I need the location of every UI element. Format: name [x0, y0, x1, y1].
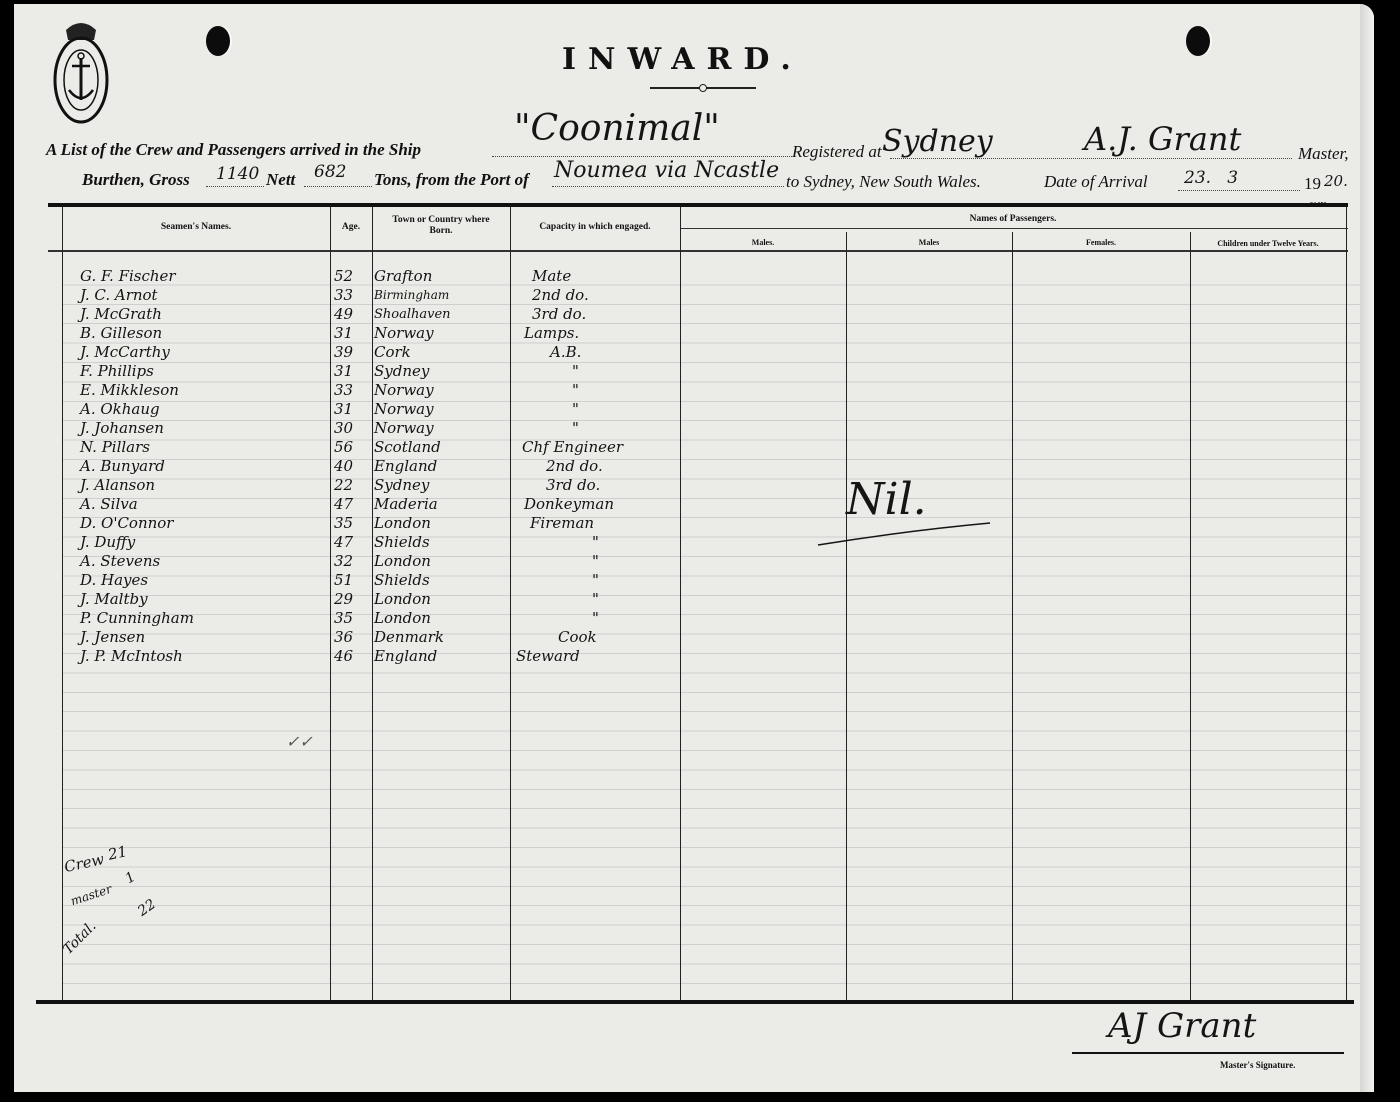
date-of-arrival-label: Date of Arrival	[1044, 172, 1148, 192]
crew-born: Shoalhaven	[374, 305, 451, 324]
crew-capacity: Steward	[516, 647, 580, 666]
crew-name: P. Cunningham	[80, 609, 194, 628]
crew-age: 29	[334, 590, 353, 609]
crew-age: 56	[334, 438, 353, 457]
table-row: A. Silva 47 Maderia Donkeyman	[62, 495, 1362, 514]
crew-born: Grafton	[374, 267, 432, 286]
crew-capacity: 2nd do.	[546, 457, 603, 476]
crew-age: 33	[334, 381, 353, 400]
crew-name: G. F. Fischer	[80, 267, 176, 286]
crew-name: A. Silva	[80, 495, 138, 514]
crew-born: Sydney	[374, 362, 429, 381]
master-name-field: A.J. Grant	[1084, 120, 1241, 158]
crew-capacity: Cook	[558, 628, 597, 647]
table-row: N. Pillars 56 Scotland Chf Engineer	[62, 438, 1362, 457]
crew-age: 22	[334, 476, 353, 495]
table-row: J. Maltby 29 London "	[62, 590, 1362, 609]
crew-capacity: 3rd do.	[532, 305, 586, 324]
nil-underline-stroke	[814, 509, 994, 549]
crew-age: 31	[334, 362, 353, 381]
crew-name: D. O'Connor	[80, 514, 173, 533]
signature-line	[1072, 1052, 1344, 1054]
destination-label: to Sydney, New South Wales.	[786, 172, 981, 192]
crew-capacity: "	[592, 590, 599, 609]
crew-capacity: "	[592, 609, 599, 628]
title-ornament	[650, 87, 756, 89]
nett-tons-field: 682	[314, 162, 346, 182]
table-top-border	[48, 203, 1348, 207]
crew-name: B. Gilleson	[80, 324, 162, 343]
header-age: Age.	[330, 222, 372, 233]
crew-born: Shields	[374, 533, 430, 552]
ship-name-field: "Coonimal"	[514, 108, 720, 149]
crew-born: Birmingham	[374, 286, 449, 305]
crew-age: 35	[334, 609, 353, 628]
header-names-of-passengers: Names of Passengers.	[680, 214, 1346, 225]
crew-name: A. Bunyard	[80, 457, 165, 476]
page-title: INWARD.	[562, 42, 803, 77]
crew-born: Maderia	[374, 495, 438, 514]
crew-born: England	[374, 457, 437, 476]
crew-capacity: "	[572, 362, 579, 381]
arrival-year-field: 20.	[1324, 172, 1348, 190]
crew-name: D. Hayes	[80, 571, 148, 590]
crew-name: J. C. Arnot	[80, 286, 158, 305]
table-row: E. Mikkleson 33 Norway "	[62, 381, 1362, 400]
crew-name: J. P. McIntosh	[80, 647, 183, 666]
table-row: A. Stevens 32 London "	[62, 552, 1362, 571]
crew-name: J. Alanson	[80, 476, 155, 495]
registered-at-label: Registered at	[792, 142, 882, 162]
tons-from-label: Tons, from the Port of	[374, 170, 529, 190]
table-row: A. Okhaug 31 Norway "	[62, 400, 1362, 419]
crew-born: London	[374, 552, 431, 571]
table-row: J. Jensen 36 Denmark Cook	[62, 628, 1362, 647]
year-prefix: 19	[1304, 174, 1321, 194]
crew-name: A. Okhaug	[80, 400, 160, 419]
port-from-dots	[552, 186, 784, 187]
crew-name: J. Jensen	[80, 628, 145, 647]
nett-label: Nett	[266, 170, 295, 190]
punch-hole-left	[206, 26, 230, 56]
table-row: J. Alanson 22 Sydney 3rd do.	[62, 476, 1362, 495]
table-row: G. F. Fischer 52 Grafton Mate	[62, 267, 1362, 286]
crew-born: Norway	[374, 381, 434, 400]
crew-capacity: Donkeyman	[524, 495, 614, 514]
table-row: J. C. Arnot 33 Birmingham 2nd do.	[62, 286, 1362, 305]
crew-name: J. Johansen	[80, 419, 164, 438]
crew-age: 31	[334, 400, 353, 419]
crew-age: 40	[334, 457, 353, 476]
crew-age: 30	[334, 419, 353, 438]
crew-name: J. Duffy	[80, 533, 135, 552]
table-bottom-border	[36, 1000, 1354, 1004]
crew-born: England	[374, 647, 437, 666]
master-signature-label: Master's Signature.	[1220, 1060, 1295, 1070]
crew-born: London	[374, 590, 431, 609]
table-row: J. Johansen 30 Norway "	[62, 419, 1362, 438]
crew-capacity: "	[592, 533, 599, 552]
crew-age: 46	[334, 647, 353, 666]
arrival-dots	[1178, 190, 1300, 191]
crew-capacity: 3rd do.	[546, 476, 600, 495]
table-row: J. McGrath 49 Shoalhaven 3rd do.	[62, 305, 1362, 324]
ship-name-dots	[492, 156, 792, 157]
crew-age: 47	[334, 495, 353, 514]
crew-born: Shields	[374, 571, 430, 590]
header-children: Children under Twelve Years.	[1190, 238, 1346, 249]
arrival-date-field: 23. 3	[1184, 168, 1238, 188]
table-row: A. Bunyard 40 England 2nd do.	[62, 457, 1362, 476]
table-row: D. O'Connor 35 London Fireman	[62, 514, 1362, 533]
crew-name: F. Phillips	[80, 362, 154, 381]
crew-capacity: "	[572, 419, 579, 438]
header-males-1: Males.	[680, 237, 846, 248]
crew-born: Cork	[374, 343, 411, 362]
header-females: Females.	[1012, 237, 1190, 248]
crew-name: A. Stevens	[80, 552, 160, 571]
nett-dots	[304, 186, 372, 187]
table-row: B. Gilleson 31 Norway Lamps.	[62, 324, 1362, 343]
crew-capacity: "	[572, 381, 579, 400]
table-row: J. Duffy 47 Shields "	[62, 533, 1362, 552]
burthen-label: Burthen, Gross	[82, 170, 190, 190]
shipping-master-seal-icon	[52, 14, 110, 126]
crew-age: 49	[334, 305, 353, 324]
crew-age: 36	[334, 628, 353, 647]
crew-capacity: Mate	[532, 267, 571, 286]
crew-name: J. McCarthy	[80, 343, 170, 362]
passenger-group-divider	[680, 228, 1348, 229]
crew-capacity: "	[592, 571, 599, 590]
crew-born: Norway	[374, 324, 434, 343]
document-sheet: INWARD. A List of the Crew and Passenger…	[14, 4, 1374, 1092]
crew-capacity: "	[572, 400, 579, 419]
crew-age: 35	[334, 514, 353, 533]
crew-born: Norway	[374, 400, 434, 419]
crew-capacity: "	[592, 552, 599, 571]
table-row: J. McCarthy 39 Cork A.B.	[62, 343, 1362, 362]
header-bottom-border	[48, 250, 1348, 252]
ship-list-label: A List of the Crew and Passengers arrive…	[46, 140, 421, 160]
crew-born: Scotland	[374, 438, 441, 457]
crew-table-body: G. F. Fischer 52 Grafton Mate J. C. Arno…	[62, 267, 1352, 707]
header-seamens-names: Seamen's Names.	[62, 222, 330, 233]
crew-capacity: Chf Engineer	[522, 438, 623, 457]
crew-capacity: Fireman	[530, 514, 594, 533]
crew-born: Norway	[374, 419, 434, 438]
crew-name: E. Mikkleson	[80, 381, 179, 400]
check-mark-icon: ✓✓	[286, 732, 313, 751]
crew-name: N. Pillars	[80, 438, 150, 457]
port-from-field: Noumea via Ncastle	[554, 158, 779, 183]
crew-capacity: 2nd do.	[532, 286, 589, 305]
crew-capacity: Lamps.	[524, 324, 579, 343]
crew-born: London	[374, 514, 431, 533]
crew-age: 52	[334, 267, 353, 286]
table-row: D. Hayes 51 Shields "	[62, 571, 1362, 590]
crew-age: 31	[334, 324, 353, 343]
crew-name: J. Maltby	[80, 590, 148, 609]
crew-capacity: A.B.	[550, 343, 581, 362]
gross-dots	[206, 186, 264, 187]
crew-born: Sydney	[374, 476, 429, 495]
master-label: Master,	[1298, 144, 1349, 164]
crew-born: London	[374, 609, 431, 628]
crew-name: J. McGrath	[80, 305, 162, 324]
punch-hole-right	[1186, 26, 1210, 56]
header-capacity: Capacity in which engaged.	[510, 222, 680, 233]
table-row: F. Phillips 31 Sydney "	[62, 362, 1362, 381]
gross-tons-field: 1140	[216, 164, 259, 184]
crew-born: Denmark	[374, 628, 444, 647]
table-row: P. Cunningham 35 London "	[62, 609, 1362, 628]
crew-age: 39	[334, 343, 353, 362]
crew-age: 47	[334, 533, 353, 552]
registered-at-field: Sydney	[882, 124, 993, 159]
crew-age: 51	[334, 571, 353, 590]
table-row: J. P. McIntosh 46 England Steward	[62, 647, 1362, 666]
crew-age: 33	[334, 286, 353, 305]
crew-age: 32	[334, 552, 353, 571]
master-signature: AJ Grant	[1108, 1006, 1256, 1046]
header-town-country: Town or Country where Born.	[382, 215, 500, 237]
header-males-2: Males	[846, 237, 1012, 248]
